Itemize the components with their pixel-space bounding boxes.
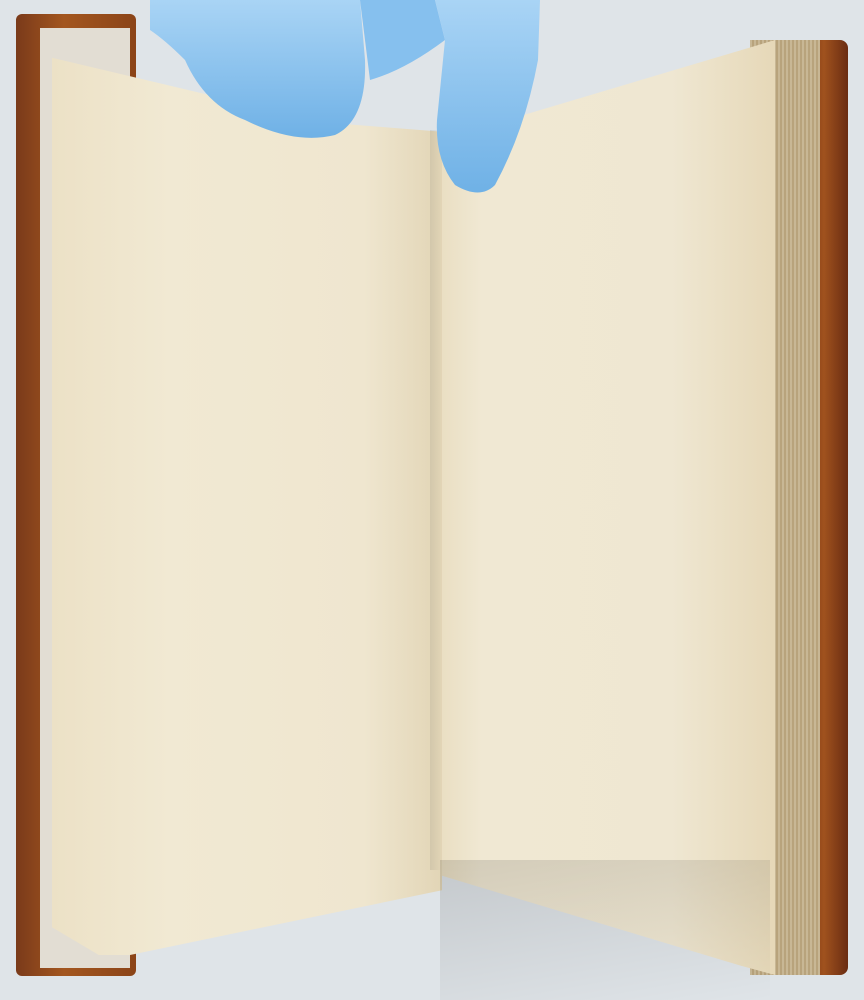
- page-shadow: [440, 860, 770, 1000]
- gloved-hand-icon: [145, 0, 540, 195]
- book-gutter: [430, 130, 442, 870]
